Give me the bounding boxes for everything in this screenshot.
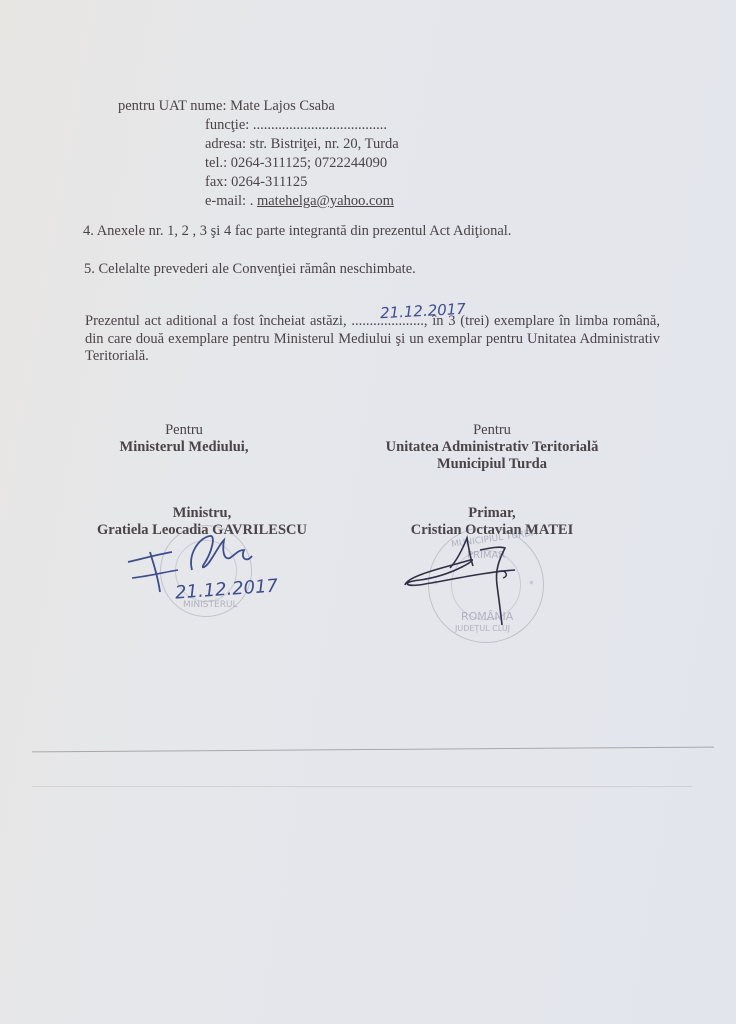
left-for-label: Pentru: [84, 422, 284, 439]
mayor-signature: [395, 530, 535, 630]
closing-paragraph: Prezentul act aditional a fost încheiat …: [85, 313, 660, 366]
bottom-rule-faint: [32, 786, 692, 787]
function-line: funcţie: ...............................…: [205, 117, 387, 134]
left-role: Ministru,: [82, 505, 322, 522]
left-entity: Ministerul Mediului,: [84, 439, 284, 456]
right-signatory-header: Pentru Unitatea Administrativ Teritorial…: [362, 422, 622, 473]
right-entity-line1: Unitatea Administrativ Teritorială: [362, 439, 622, 456]
fax-line: fax: 0264-311125: [205, 174, 307, 191]
clause-5: 5. Celelalte prevederi ale Convenţiei ră…: [84, 261, 416, 278]
phone-line: tel.: 0264-311125; 0722244090: [205, 155, 387, 172]
closing-text-before: Prezentul act aditional a fost încheiat …: [85, 313, 351, 329]
right-role: Primar,: [372, 505, 612, 522]
clause-4: 4. Anexele nr. 1, 2 , 3 şi 4 fac parte i…: [83, 223, 511, 240]
uat-name-line: pentru UAT nume: Mate Lajos Csaba: [118, 98, 335, 115]
email-label: e-mail: .: [205, 193, 257, 209]
right-entity-line2: Municipiul Turda: [362, 456, 622, 473]
document-page: pentru UAT nume: Mate Lajos Csaba funcţi…: [0, 0, 736, 1024]
email-link[interactable]: matehelga@yahoo.com: [257, 193, 394, 209]
address-line: adresa: str. Bistriţei, nr. 20, Turda: [205, 136, 399, 153]
email-line: e-mail: . matehelga@yahoo.com: [205, 193, 394, 210]
right-for-label: Pentru: [362, 422, 622, 439]
bottom-rule: [32, 747, 714, 753]
left-signatory-header: Pentru Ministerul Mediului,: [84, 422, 284, 456]
